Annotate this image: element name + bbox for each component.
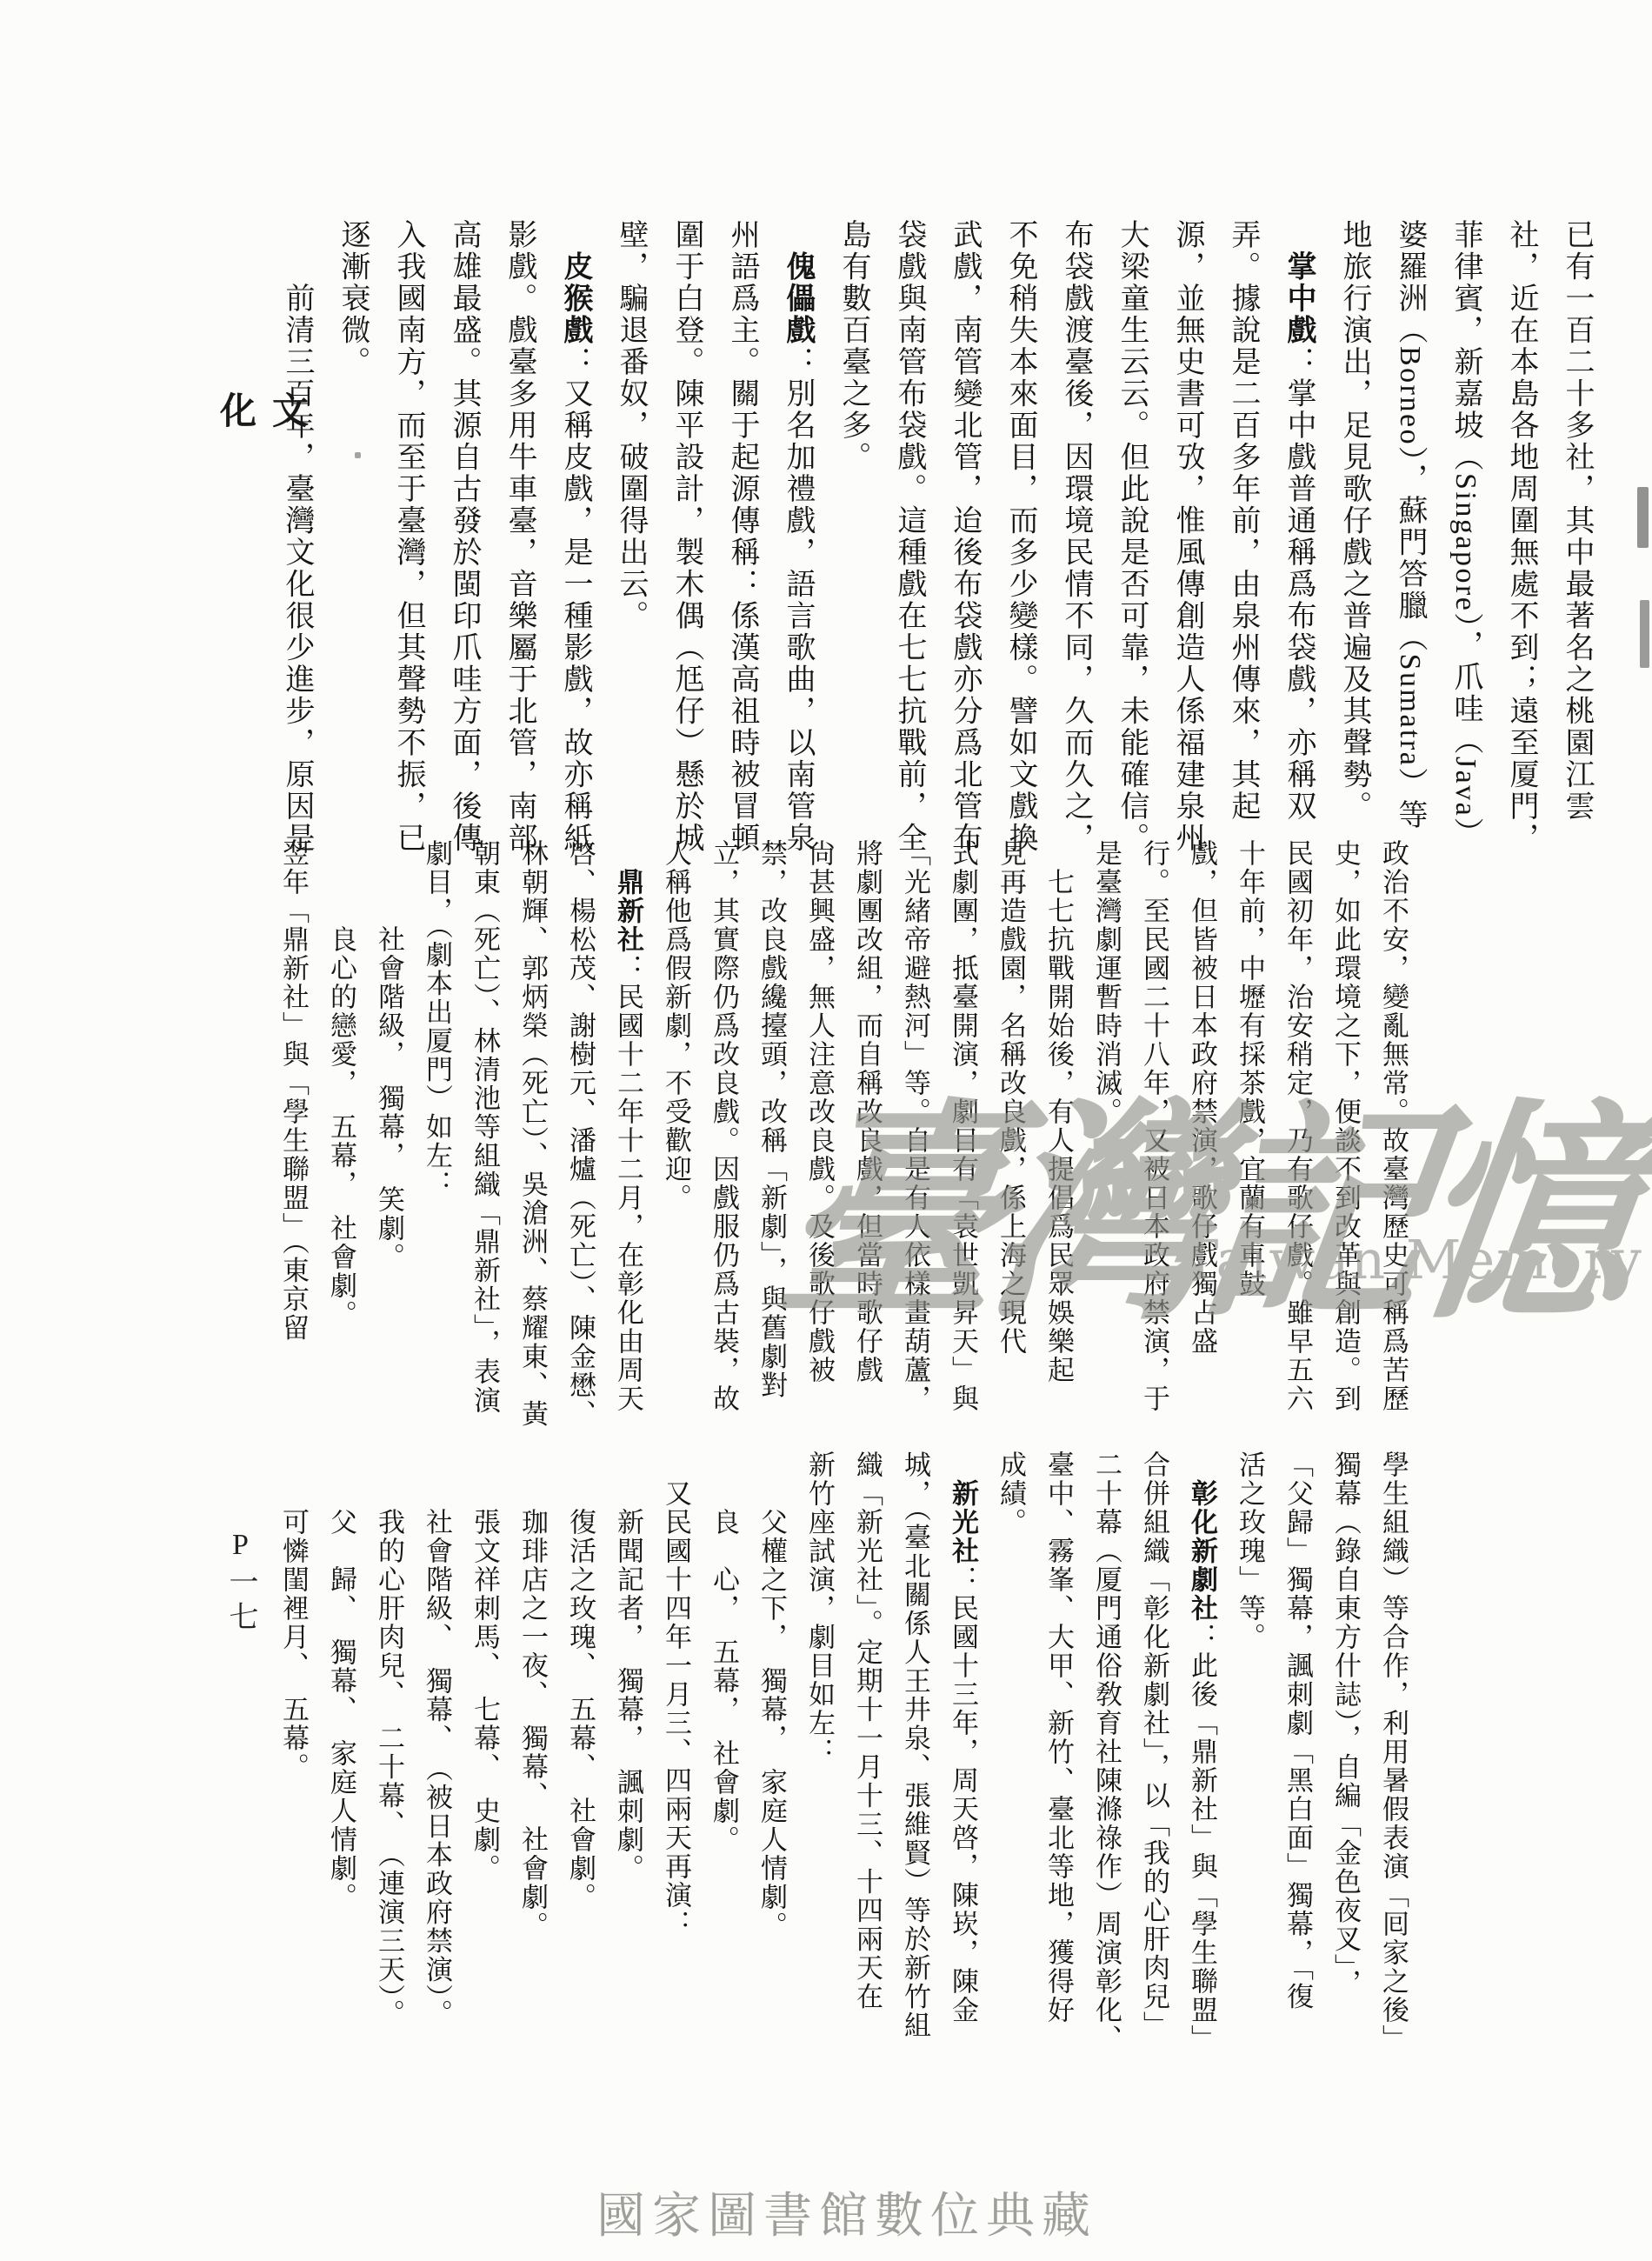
text-column: 政治不安，變亂無常。故臺灣歷史可稱爲苦歷 — [1369, 839, 1417, 1448]
text-column: 地旅行演出，足見歌仔戲之普遍及其聲勢。 — [1326, 219, 1382, 828]
text-column: 州語爲主。關于起源傳稱：係漢高祖時被冒頓 — [714, 219, 769, 828]
text-band-middle: 政治不安，變亂無常。故臺灣歷史可稱爲苦歷史，如此環境之下，便談不到改革與創造。到… — [270, 839, 1417, 1448]
paragraph-lead-term: 新光社 — [948, 1479, 978, 1565]
text-column: 式劇團，抵臺開演，劇目有「袁世凱昇天」與 — [939, 839, 987, 1448]
text-column: 珈琲店之一夜、 獨幕、 社會劇。 — [509, 1451, 556, 2110]
text-column: 禁，改良戲纔擡頭，改稱「新劇」，與舊劇對 — [748, 839, 796, 1448]
text-column: 民國初年，治安稍定，乃有歌仔戲。雖早五六 — [1274, 839, 1322, 1448]
text-column: 社，近在本島各地周圍無處不到；遠至厦門， — [1493, 219, 1549, 828]
scan-artifact — [1640, 600, 1649, 668]
text-column: 啓、楊松茂、謝樹元、潘爐（死亡）、陳金懋、 — [556, 839, 604, 1448]
text-column: 我的心肝肉兒、 二十幕、 （連演三天）。 — [365, 1451, 413, 2110]
scan-artifact — [1637, 487, 1649, 548]
text-column: 不免稍失本來面目，而多少變樣。譬如文戲換 — [992, 219, 1048, 828]
text-column: 張文祥刺馬、 七幕、 史劇。 — [461, 1451, 509, 2110]
paragraph-lead-term: 掌中戲 — [1282, 251, 1315, 347]
text-column: 織「新光社」。定期十一月十三、十四兩天在 — [843, 1451, 891, 2110]
text-column: 彰化新劇社：此後「鼎新社」與「學生聯盟」 — [1178, 1451, 1226, 2110]
text-column: 良 心， 五幕， 社會劇。 — [700, 1451, 748, 2110]
text-column: 朝東（死亡）、林清池等組織「鼎新社」，表演 — [461, 839, 509, 1448]
text-column: 影戲。戲臺多用牛車臺，音樂屬于北管，南部 — [491, 219, 547, 828]
archive-footer-caption: 國家圖書館數位典藏 — [596, 2178, 1097, 2247]
paragraph-lead-term: 傀儡戲 — [782, 251, 814, 347]
text-column: 壁，騙退番奴，破圍得出云。 — [603, 219, 658, 828]
text-column: 是臺灣劇運暫時消滅。 — [1082, 839, 1130, 1448]
text-column: 逐漸衰微。 — [324, 219, 380, 828]
text-column: 島有數百臺之多。 — [825, 219, 881, 828]
text-column: 已有一百二十多社，其中最著名之桃園江雲 — [1549, 219, 1604, 828]
text-column: 城，（臺北關係人王井泉、張維賢）等於新竹組 — [891, 1451, 939, 2110]
text-column: 尙甚興盛，無人注意改良戲。及後歌仔戲被 — [796, 839, 843, 1448]
page-number: P一七 — [219, 1529, 262, 1651]
text-column: 婆羅洲（Borneo），蘇門答臘（Sumatra）等 — [1382, 219, 1437, 828]
paragraph-lead-term: 彰化新劇社 — [1187, 1479, 1217, 1623]
text-band-top: 已有一百二十多社，其中最著名之桃園江雲社，近在本島各地周圍無處不到；遠至厦門，菲… — [269, 219, 1604, 828]
text-column: 新聞記者， 獨幕， 諷刺劇。 — [604, 1451, 652, 2110]
text-column: 十年前，中壢有採茶戲，宜蘭有車鼓 — [1226, 839, 1274, 1448]
text-column: 復活之玫瑰、 五幕、 社會劇。 — [556, 1451, 604, 2110]
text-column: 前清三百年，臺灣文化很少進步，原因是 — [269, 219, 324, 828]
text-column: 人稱他爲假新劇，不受歡迎。 — [652, 839, 700, 1448]
text-column: 社會階級， 獨幕， 笑劇。 — [365, 839, 413, 1448]
text-column: 良心的戀愛， 五幕， 社會劇。 — [317, 839, 365, 1448]
text-column: 可憐閨裡月、 五幕。 — [270, 1451, 317, 2110]
text-column: 武戲，南管變北管，迨後布袋戲亦分爲北管布 — [936, 219, 992, 828]
text-column: 菲律賓，新嘉坡（Singapore），爪哇（Java） — [1437, 219, 1493, 828]
text-column: 見再造戲園，名稱改良戲，係上海之現代 — [987, 839, 1035, 1448]
text-column: 鼎新社：民國十二年十二月，在彰化由周天 — [604, 839, 652, 1448]
text-column: 社會階級、 獨幕、 （被日本政府禁演）。 — [413, 1451, 461, 2110]
text-column: 劇目，（劇本出厦門）如左： — [413, 839, 461, 1448]
text-column: 林朝輝、郭炳榮（死亡）、吳滄洲、蔡耀東、黃 — [509, 839, 556, 1448]
text-column: 「父歸」獨幕，諷刺劇「黑白面」獨幕，「復 — [1274, 1451, 1322, 2110]
text-column: 史，如此環境之下，便談不到改革與創造。到 — [1322, 839, 1369, 1448]
scan-artifact — [355, 452, 361, 458]
text-column: 皮猴戲：又稱皮戲，是一種影戲，故亦稱紙 — [547, 219, 603, 828]
text-column: 傀儡戲：別名加禮戲，語言歌曲，以南管泉 — [769, 219, 825, 828]
text-column: 成績。 — [987, 1451, 1035, 2110]
paragraph-lead-term: 鼎新社 — [613, 868, 643, 954]
text-column: 立，其實際仍爲改良戲。因戲服仍爲古裝，故 — [700, 839, 748, 1448]
text-column: 高雄最盛。其源自古發於閩印爪哇方面，後傳 — [436, 219, 491, 828]
text-column: 七七抗戰開始後，有人提倡爲民眾娛樂起 — [1035, 839, 1082, 1448]
text-column: 入我國南方，而至于臺灣，但其聲勢不振，已 — [380, 219, 436, 828]
text-column: 袋戲與南管布袋戲。這種戲在七七抗戰前，全 — [881, 219, 936, 828]
text-column: 活之玫瑰」等。 — [1226, 1451, 1274, 2110]
text-column: 又民國十四年一月三、四兩天再演： — [652, 1451, 700, 2110]
text-column: 大梁童生云云。但此說是否可靠，未能確信。 — [1103, 219, 1159, 828]
text-band-bottom: 學生組織）等合作，利用暑假表演「囘家之後」獨幕（錄自東方什誌），自編「金色夜叉」… — [270, 1451, 1417, 2110]
text-column: 弄。據說是二百多年前，由泉州傳來，其起 — [1215, 219, 1270, 828]
text-column: 新光社：民國十三年，周天啓，陳崁，陳金 — [939, 1451, 987, 2110]
text-column: 獨幕（錄自東方什誌），自編「金色夜叉」， — [1322, 1451, 1369, 2110]
text-column: 布袋戲渡臺後，因環境民情不同，久而久之， — [1048, 219, 1103, 828]
text-column: 行。至民國二十八年，又被日本政府禁演，于 — [1130, 839, 1178, 1448]
text-column: 合併組織「彰化新劇社」，以「我的心肝肉兒」 — [1130, 1451, 1178, 2110]
text-column: 父 歸、 獨幕、 家庭人情劇。 — [317, 1451, 365, 2110]
text-column: 新竹座試演，劇目如左： — [796, 1451, 843, 2110]
text-column: 源，並無史書可攷，惟風傳創造人係福建泉州 — [1159, 219, 1215, 828]
text-column: 父權之下， 獨幕， 家庭人情劇。 — [748, 1451, 796, 2110]
text-column: 「光緒帝避熱河」等。自是有人依樣畫葫蘆， — [891, 839, 939, 1448]
text-column: 戲，但皆被日本政府禁演，歌仔戲獨占盛 — [1178, 839, 1226, 1448]
text-column: 二十幕（厦門通俗敎育社陳滌祿作）周演彰化、 — [1082, 1451, 1130, 2110]
text-column: 臺中、霧峯、大甲、新竹、臺北等地，獲得好 — [1035, 1451, 1082, 2110]
text-column: 圍于白登。陳平設計，製木偶（尪仔）懸於城 — [658, 219, 714, 828]
text-column: 翌年「鼎新社」與「學生聯盟」（東京留 — [270, 839, 317, 1448]
paragraph-lead-term: 皮猴戲 — [559, 251, 591, 347]
text-column: 學生組織）等合作，利用暑假表演「囘家之後」 — [1369, 1451, 1417, 2110]
text-column: 掌中戲：掌中戲普通稱爲布袋戲，亦稱双 — [1270, 219, 1326, 828]
text-column: 將劇團改組，而自稱改良戲，但當時歌仔戲 — [843, 839, 891, 1448]
